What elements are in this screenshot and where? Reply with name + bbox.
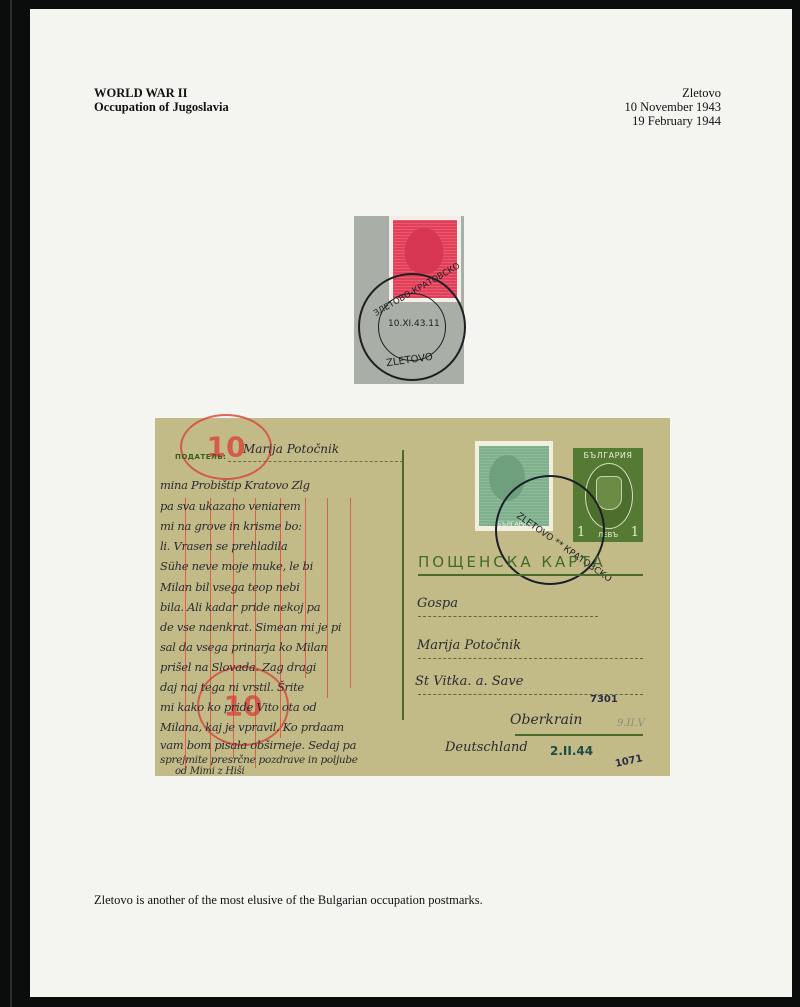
king-portrait-icon [405, 228, 443, 274]
page-header-right: Zletovo 10 November 1943 19 February 194… [624, 86, 721, 128]
sender-name: Marija Potočnik [243, 442, 339, 456]
page-header-left: WORLD WAR II Occupation of Jugoslavia [94, 86, 229, 114]
censor-number-7301: 7301 [590, 694, 618, 705]
address-line-4: Oberkrain [510, 712, 582, 728]
postmark-zletovo-piece: ЗЛЕТОВО-КРАТОВСКО 10.XI.43.11 ZLETOVO [358, 273, 466, 381]
date-second: 19 February 1944 [624, 114, 721, 128]
pencil-note: 9.II.V [617, 718, 645, 729]
address-line-3: St Vitka. a. Save [415, 674, 523, 689]
card-divider [402, 450, 404, 720]
place-name: Zletovo [624, 86, 721, 100]
postmark-date: 10.XI.43.11 [388, 319, 440, 329]
arrival-date-mark: 2.II.44 [550, 744, 593, 758]
address-line-5: Deutschland [445, 740, 528, 755]
address-line-1: Gospa [417, 596, 458, 611]
postcard-title: ПОЩЕНСКА КАРТА [418, 553, 606, 571]
coat-of-arms-icon [596, 476, 622, 510]
date-first: 10 November 1943 [624, 100, 721, 114]
page-title: WORLD WAR II [94, 86, 229, 100]
sender-label: ПОДАТЕЛЬ: [175, 453, 226, 461]
album-frame-edge [10, 0, 12, 1007]
censor-number-1071: 1071 [614, 753, 644, 770]
page-subtitle: Occupation of Jugoslavia [94, 100, 229, 114]
address-line-2: Marija Potočnik [417, 638, 521, 653]
postcard: 10 10 ПОДАТЕЛЬ: Marija Potočnik mina Pro… [155, 418, 670, 776]
page-caption: Zletovo is another of the most elusive o… [94, 893, 483, 908]
